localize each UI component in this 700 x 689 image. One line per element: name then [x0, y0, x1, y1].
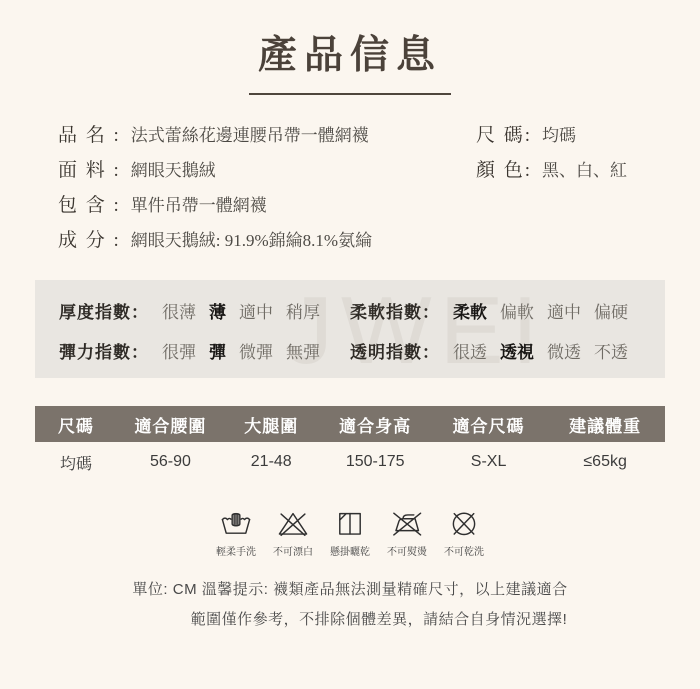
index-label: 柔軟指數：: [350, 298, 440, 323]
care-label: 輕柔手洗: [216, 543, 256, 558]
size-chart-header: 尺碼適合腰圍大腿圍適合身高適合尺碼建議體重: [35, 406, 665, 442]
table-cell: S-XL: [432, 442, 545, 482]
no-bleach-icon: [275, 506, 311, 540]
no-dryclean-icon: [446, 506, 482, 540]
index-row: 彈力指數：很彈彈微彈無彈: [59, 338, 350, 362]
attribute-label: 品 名 :: [58, 120, 121, 147]
table-header-cell: 建議體重: [545, 406, 665, 442]
note-line-1: 單位: CM 溫馨提示: 襪類產品無法測量精確尺寸，以上建議適合: [0, 575, 700, 605]
index-option-selected: 柔軟: [453, 298, 487, 323]
product-info-page: 產品信息 品 名 :法式蕾絲花邊連腰吊帶一體網襪面 料 :網眼天鵝絨包 含 :單…: [0, 0, 700, 689]
attribute-label: 成 分 :: [58, 225, 121, 252]
index-label: 彈力指數：: [59, 338, 149, 363]
care-item: 不可漂白: [270, 506, 316, 558]
table-header-cell: 尺碼: [35, 406, 117, 442]
care-label: 不可乾洗: [444, 543, 484, 558]
index-option: 很彈: [162, 338, 196, 363]
title-section: 產品信息: [0, 0, 700, 95]
index-row: 柔軟指數：柔軟偏軟適中偏硬: [350, 298, 641, 322]
table-row: 均碼56-9021-48150-175S-XL≤65kg: [35, 442, 665, 482]
attribute-label: 顏 色:: [476, 155, 532, 182]
table-header-row: 尺碼適合腰圍大腿圍適合身高適合尺碼建議體重: [35, 406, 665, 442]
table-header-cell: 適合尺碼: [432, 406, 545, 442]
index-option: 偏硬: [594, 298, 628, 323]
attribute-row: 包 含 :單件吊帶一體網襪: [58, 190, 476, 213]
size-chart-body: 均碼56-9021-48150-175S-XL≤65kg: [35, 442, 665, 482]
care-item: 不可熨燙: [384, 506, 430, 558]
product-attributes: 品 名 :法式蕾絲花邊連腰吊帶一體網襪面 料 :網眼天鵝絨包 含 :單件吊帶一體…: [0, 95, 700, 260]
index-option: 微透: [547, 338, 581, 363]
attribute-value: 法式蕾絲花邊連腰吊帶一體網襪: [131, 121, 369, 146]
bottom-notes: 單位: CM 溫馨提示: 襪類產品無法測量精確尺寸，以上建議適合 範圍僅作參考，…: [0, 575, 700, 635]
index-option: 偏軟: [500, 298, 534, 323]
index-option: 適中: [239, 298, 273, 323]
attribute-label: 包 含 :: [58, 190, 121, 217]
index-option: 很薄: [162, 298, 196, 323]
fabric-index-box: JWEI 厚度指數：很薄薄適中稍厚柔軟指數：柔軟偏軟適中偏硬彈力指數：很彈彈微彈…: [35, 280, 665, 378]
attribute-label: 面 料 :: [58, 155, 121, 182]
attribute-value: 均碼: [542, 121, 576, 146]
attribute-value: 單件吊帶一體網襪: [131, 191, 267, 216]
attribute-value: 黑、白、紅: [542, 156, 627, 181]
care-item: 不可乾洗: [441, 506, 487, 558]
index-label: 透明指數：: [350, 338, 440, 363]
attribute-row: 品 名 :法式蕾絲花邊連腰吊帶一體網襪: [58, 120, 476, 143]
note-line-2: 範圍僅作參考，不排除個體差異，請結合自身情況選擇!: [58, 605, 700, 635]
index-row: 厚度指數：很薄薄適中稍厚: [59, 298, 350, 322]
care-item: 輕柔手洗: [213, 506, 259, 558]
attribute-value: 網眼天鵝絨: 91.9%錦綸8.1%氨綸: [131, 226, 372, 251]
care-label: 懸掛曬乾: [330, 543, 370, 558]
table-cell: ≤65kg: [545, 442, 665, 482]
attribute-row: 面 料 :網眼天鵝絨: [58, 155, 476, 178]
size-chart-table: 尺碼適合腰圍大腿圍適合身高適合尺碼建議體重 均碼56-9021-48150-17…: [35, 406, 665, 482]
index-option: 無彈: [286, 338, 320, 363]
care-label: 不可熨燙: [387, 543, 427, 558]
page-title: 產品信息: [0, 24, 700, 80]
table-cell: 56-90: [117, 442, 224, 482]
attributes-left-column: 品 名 :法式蕾絲花邊連腰吊帶一體網襪面 料 :網眼天鵝絨包 含 :單件吊帶一體…: [58, 120, 476, 260]
care-label: 不可漂白: [273, 543, 313, 558]
attributes-right-column: 尺 碼:均碼顏 色:黑、白、紅: [476, 120, 700, 260]
table-header-cell: 適合身高: [318, 406, 431, 442]
hang-dry-icon: [332, 506, 368, 540]
index-option-selected: 彈: [209, 338, 226, 363]
attribute-label: 尺 碼:: [476, 120, 532, 147]
attribute-value: 網眼天鵝絨: [131, 156, 216, 181]
hand-wash-icon: [218, 506, 254, 540]
no-iron-icon: [389, 506, 425, 540]
index-option: 很透: [453, 338, 487, 363]
index-option-selected: 透視: [500, 338, 534, 363]
index-option: 稍厚: [286, 298, 320, 323]
table-cell: 21-48: [224, 442, 319, 482]
care-item: 懸掛曬乾: [327, 506, 373, 558]
attribute-row: 顏 色:黑、白、紅: [476, 155, 700, 178]
index-option-selected: 薄: [209, 298, 226, 323]
table-header-cell: 適合腰圍: [117, 406, 224, 442]
index-option: 適中: [547, 298, 581, 323]
index-option: 不透: [594, 338, 628, 363]
table-cell: 150-175: [318, 442, 431, 482]
attribute-row: 成 分 :網眼天鵝絨: 91.9%錦綸8.1%氨綸: [58, 225, 476, 248]
index-label: 厚度指數：: [59, 298, 149, 323]
table-header-cell: 大腿圍: [224, 406, 319, 442]
attribute-row: 尺 碼:均碼: [476, 120, 700, 143]
table-cell: 均碼: [35, 442, 117, 482]
fabric-index-grid: 厚度指數：很薄薄適中稍厚柔軟指數：柔軟偏軟適中偏硬彈力指數：很彈彈微彈無彈透明指…: [35, 298, 665, 362]
index-option: 微彈: [239, 338, 273, 363]
index-row: 透明指數：很透透視微透不透: [350, 338, 641, 362]
care-instructions: 輕柔手洗不可漂白懸掛曬乾不可熨燙不可乾洗: [0, 506, 700, 558]
